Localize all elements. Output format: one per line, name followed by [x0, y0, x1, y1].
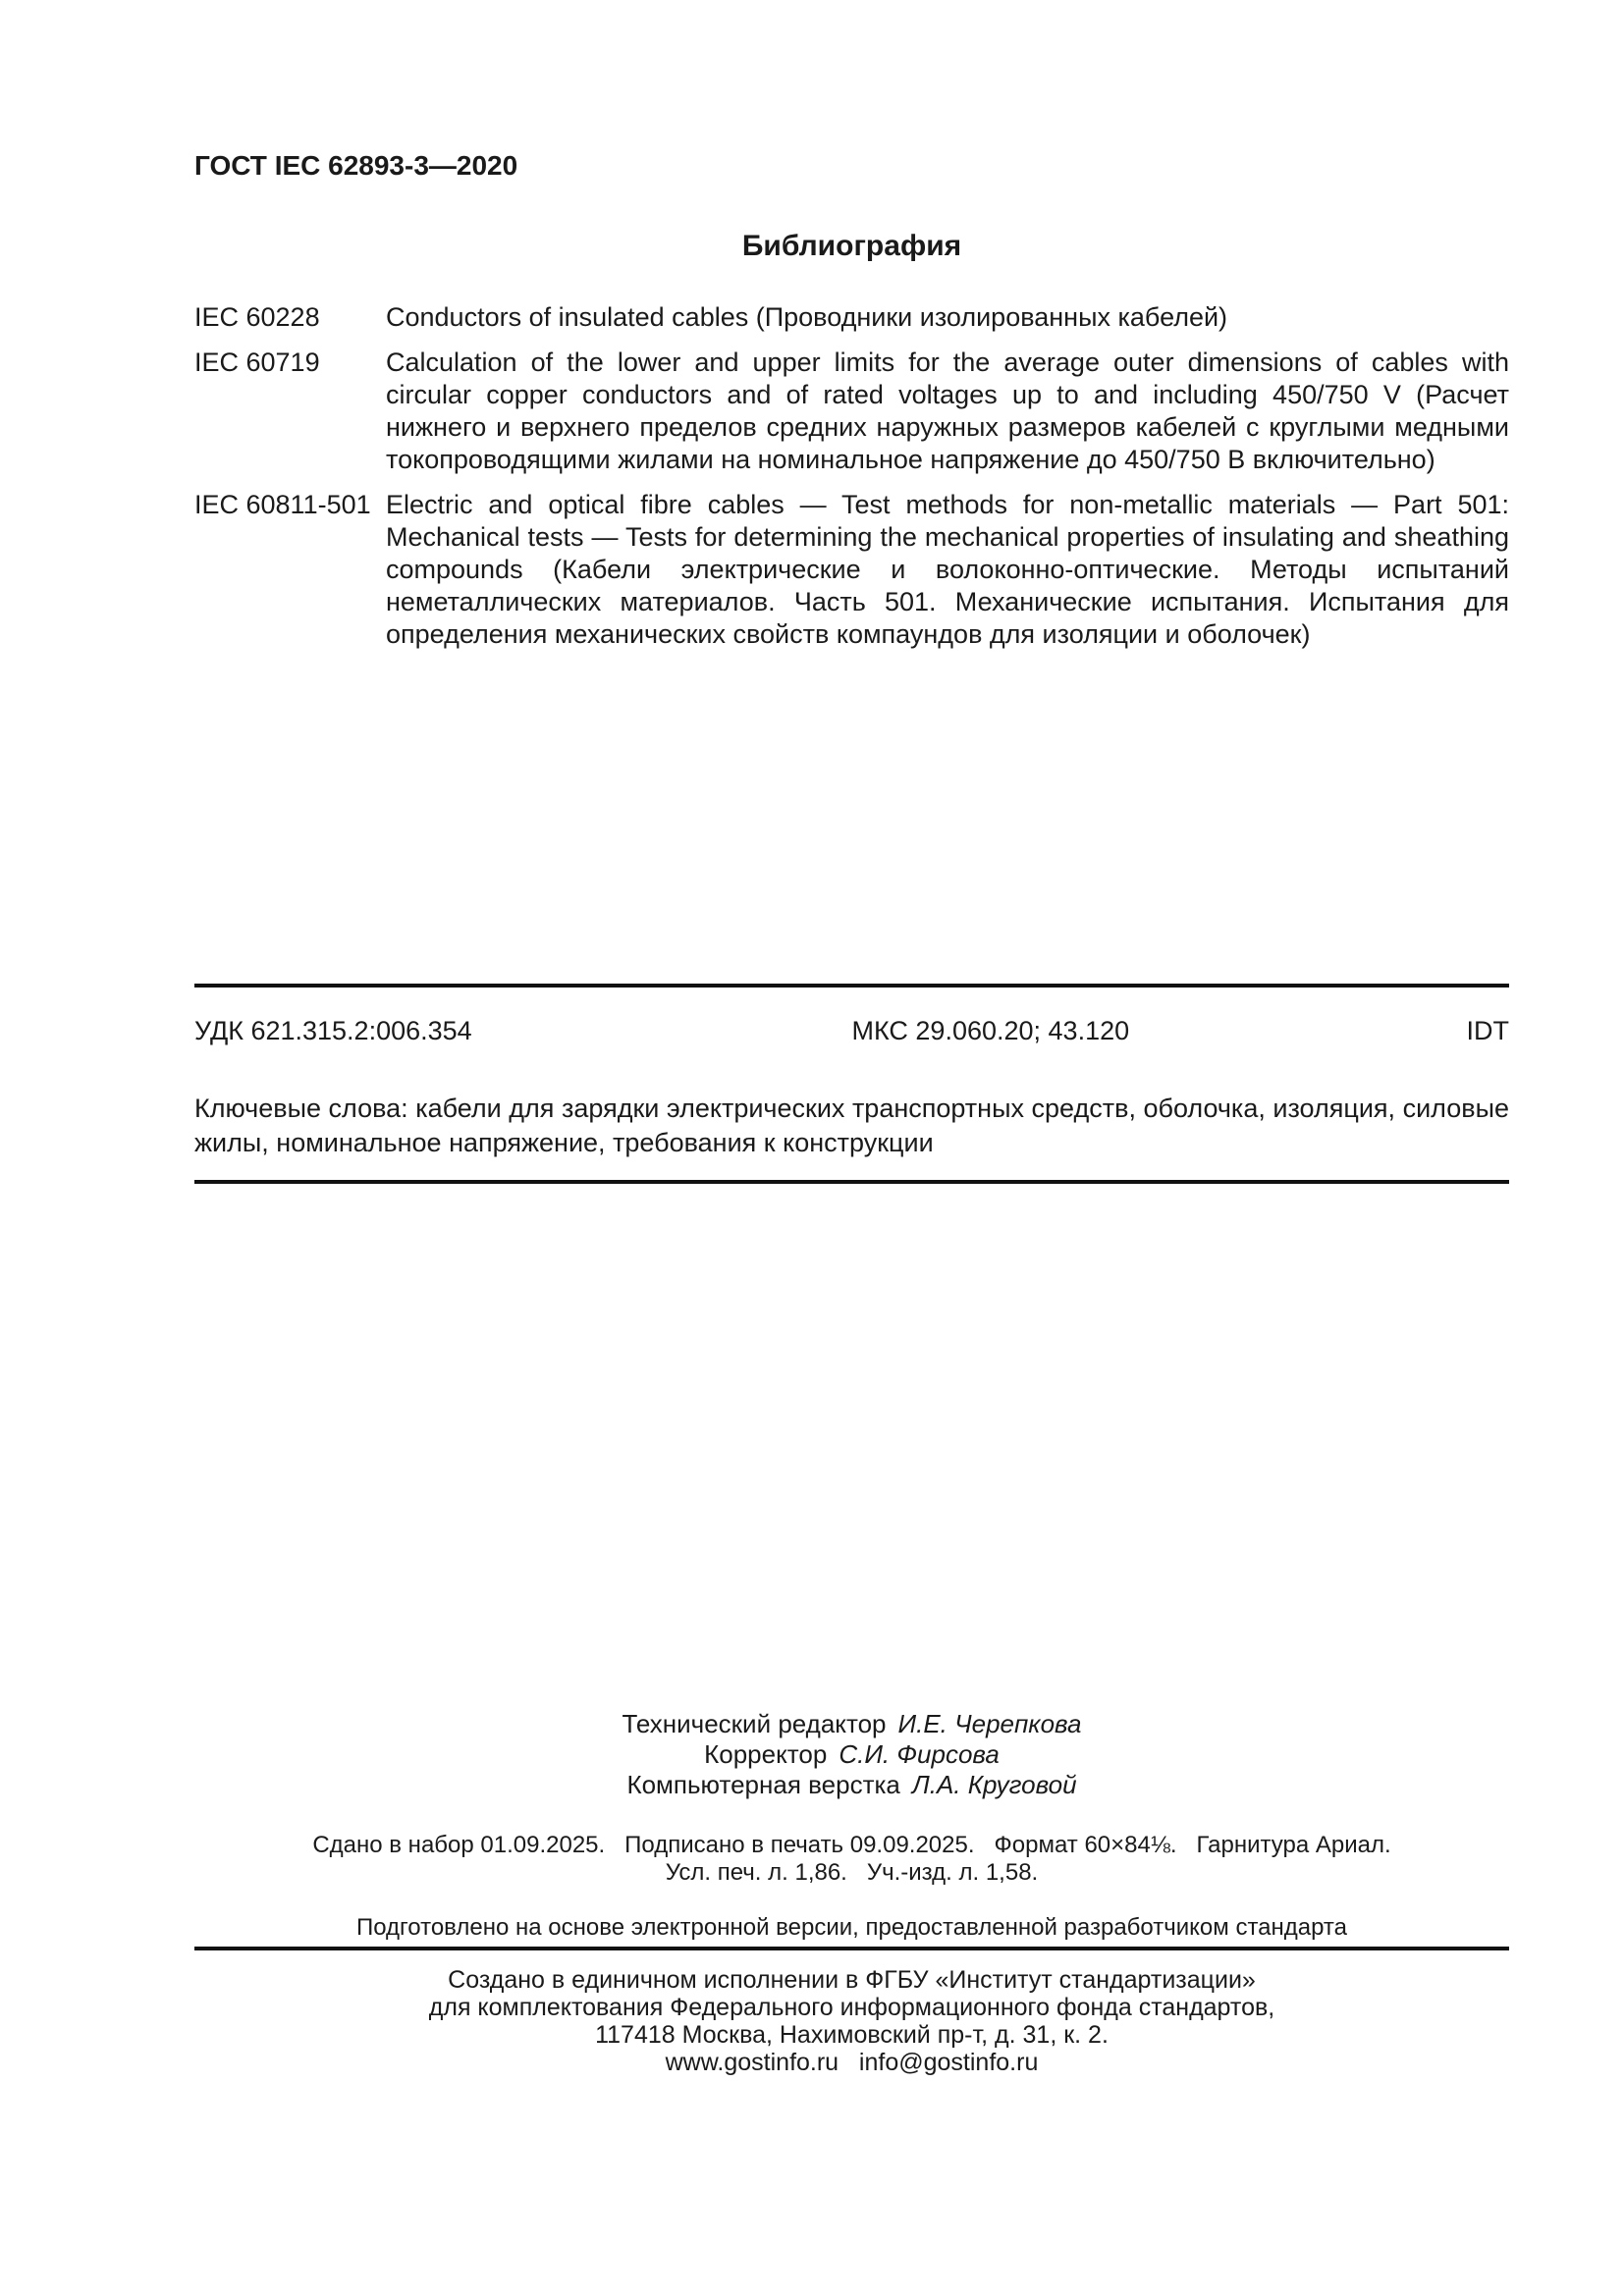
mks-code: МКС 29.060.20; 43.120	[852, 1015, 1130, 1047]
staff-role: Технический редактор	[622, 1709, 886, 1738]
bibliography-ref-code: IEC 60719	[194, 347, 386, 476]
print-details-block: Сдано в набор 01.09.2025. Подписано в пе…	[194, 1832, 1509, 1887]
print-details-line: Усл. печ. л. 1,86. Уч.-изд. л. 1,58.	[194, 1859, 1509, 1887]
publisher-block: Создано в единичном исполнении в ФГБУ «И…	[194, 1966, 1509, 2076]
editorial-staff-block: Технический редакторИ.Е. Черепкова Корре…	[194, 1709, 1509, 1800]
classification-row: УДК 621.315.2:006.354 МКС 29.060.20; 43.…	[194, 1015, 1509, 1047]
document-page: ГОСТ IEC 62893-3—2020 Библиография IEC 6…	[0, 0, 1624, 2296]
keywords-paragraph: Ключевые слова: кабели для зарядки элект…	[194, 1092, 1509, 1160]
bibliography-ref-code: IEC 60811-501	[194, 489, 386, 651]
udk-code: УДК 621.315.2:006.354	[194, 1015, 852, 1047]
bibliography-ref-text: Electric and optical fibre cables — Test…	[386, 489, 1509, 651]
bibliography-entry: IEC 60228 Conductors of insulated cables…	[194, 301, 1509, 334]
staff-name: С.И. Фирсова	[839, 1739, 1000, 1769]
prepared-note: Подготовлено на основе электронной верси…	[194, 1914, 1509, 1942]
horizontal-rule	[194, 1180, 1509, 1184]
bibliography-entry: IEC 60719 Calculation of the lower and u…	[194, 347, 1509, 476]
print-details-line: Сдано в набор 01.09.2025. Подписано в пе…	[194, 1832, 1509, 1859]
standard-designation: ГОСТ IEC 62893-3—2020	[194, 149, 1509, 182]
staff-role: Корректор	[704, 1739, 827, 1769]
publisher-line: 117418 Москва, Нахимовский пр-т, д. 31, …	[194, 2021, 1509, 2049]
horizontal-rule	[194, 1947, 1509, 1950]
horizontal-rule	[194, 984, 1509, 988]
staff-line: КорректорС.И. Фирсова	[194, 1739, 1509, 1770]
bibliography-ref-text: Conductors of insulated cables (Проводни…	[386, 301, 1509, 334]
section-title-bibliography: Библиография	[194, 229, 1509, 264]
bibliography-ref-code: IEC 60228	[194, 301, 386, 334]
bibliography-ref-text: Calculation of the lower and upper limit…	[386, 347, 1509, 476]
staff-name: И.Е. Черепкова	[898, 1709, 1082, 1738]
staff-line: Компьютерная версткаЛ.А. Круговой	[194, 1770, 1509, 1800]
staff-name: Л.А. Круговой	[912, 1770, 1077, 1799]
bibliography-entry: IEC 60811-501 Electric and optical fibre…	[194, 489, 1509, 651]
publisher-line: для комплектования Федерального информац…	[194, 1994, 1509, 2021]
staff-role: Компьютерная верстка	[626, 1770, 899, 1799]
bibliography-list: IEC 60228 Conductors of insulated cables…	[194, 301, 1509, 651]
idt-mark: IDT	[1467, 1015, 1510, 1047]
publisher-line: Создано в единичном исполнении в ФГБУ «И…	[194, 1966, 1509, 1994]
staff-line: Технический редакторИ.Е. Черепкова	[194, 1709, 1509, 1739]
publisher-contacts: www.gostinfo.ru info@gostinfo.ru	[194, 2049, 1509, 2076]
